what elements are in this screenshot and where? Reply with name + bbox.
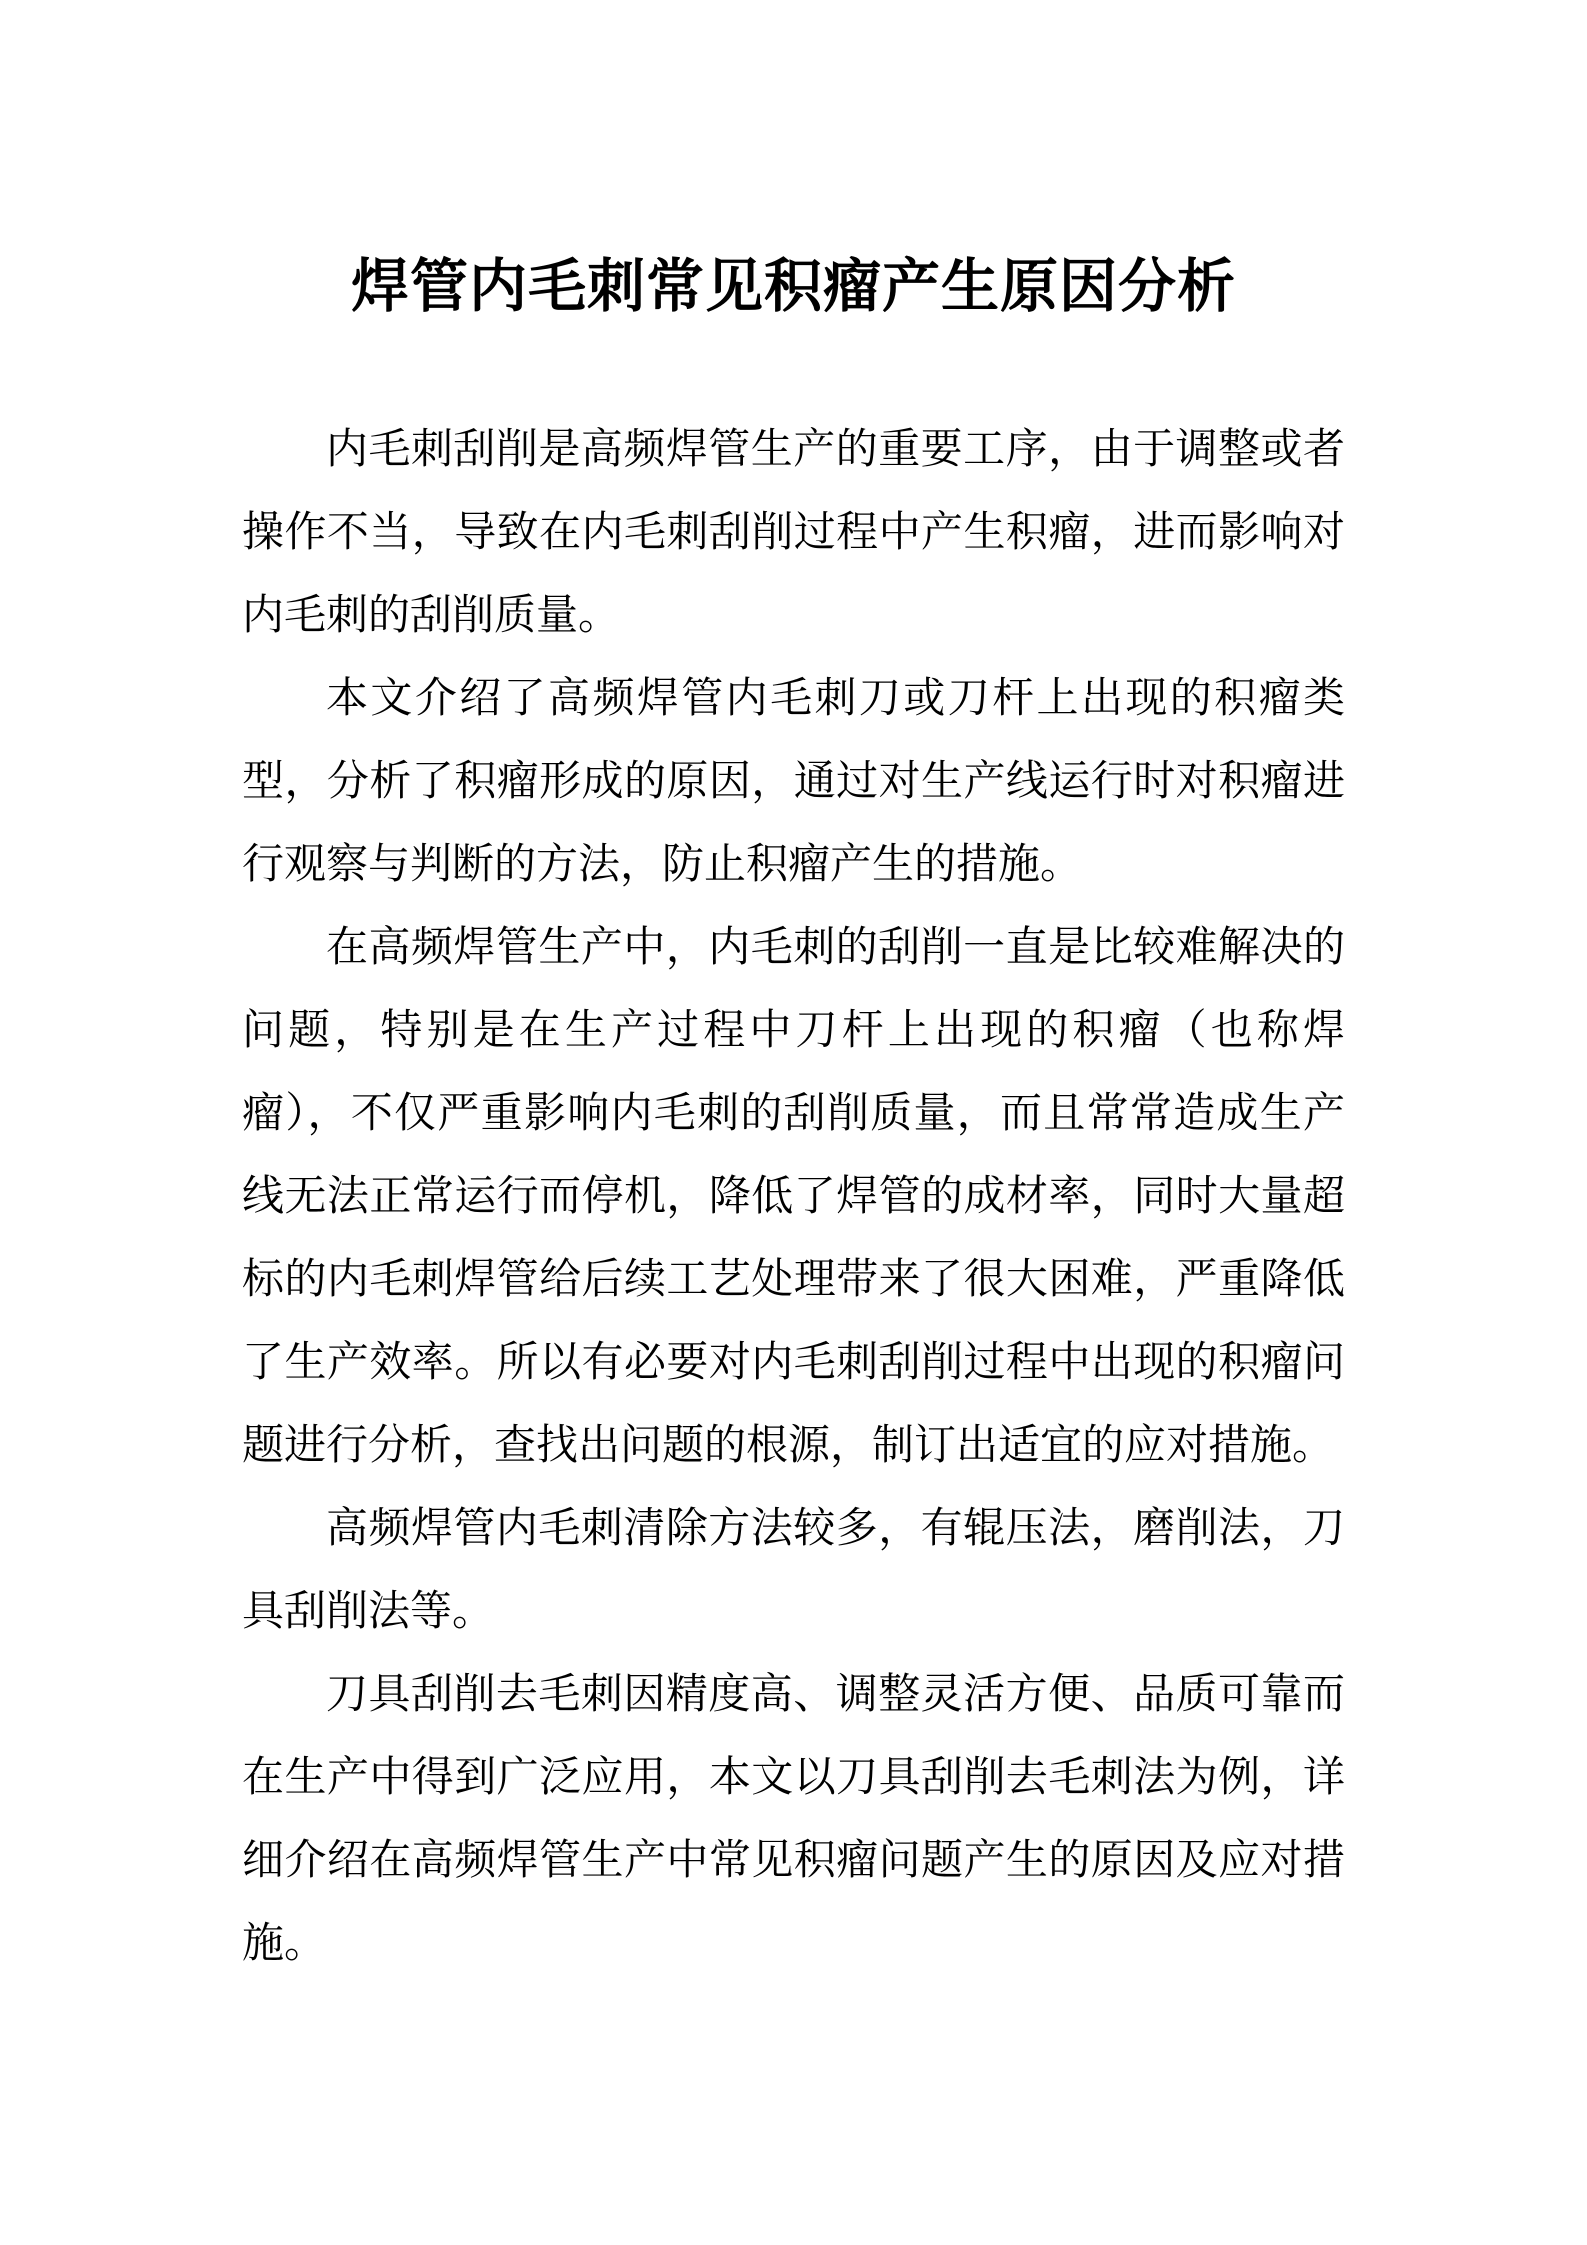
paragraph-scraping-method: 刀具刮削去毛刺因精度高、调整灵活方便、品质可靠而在生产中得到广泛应用，本文以刀具… [242, 1654, 1345, 1986]
paragraph-problem-description: 在高频焊管生产中，内毛刺的刮削一直是比较难解决的问题，特别是在生产过程中刀杆上出… [242, 907, 1345, 1488]
document-title: 焊管内毛刺常见积瘤产生原因分析 [0, 258, 1587, 316]
document-page: 焊管内毛刺常见积瘤产生原因分析 内毛刺刮削是高频焊管生产的重要工序，由于调整或者… [0, 0, 1587, 2245]
paragraph-overview: 本文介绍了高频焊管内毛刺刀或刀杆上出现的积瘤类型，分析了积瘤形成的原因，通过对生… [242, 658, 1345, 907]
document-body: 内毛刺刮削是高频焊管生产的重要工序，由于调整或者操作不当，导致在内毛刺刮削过程中… [242, 409, 1345, 1986]
paragraph-removal-methods: 高频焊管内毛刺清除方法较多，有辊压法，磨削法，刀具刮削法等。 [242, 1488, 1345, 1654]
paragraph-intro: 内毛刺刮削是高频焊管生产的重要工序，由于调整或者操作不当，导致在内毛刺刮削过程中… [242, 409, 1345, 658]
